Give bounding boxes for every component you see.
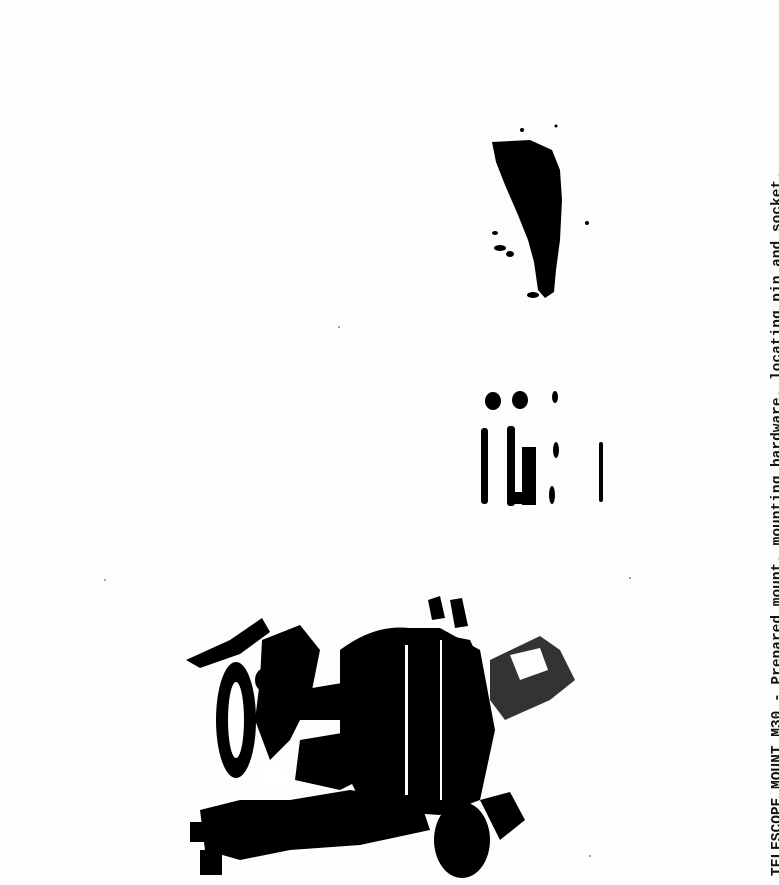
locating-pin-image [492,125,589,299]
figure-photo [0,0,779,885]
caption-line-1: TELESCOPE MOUNT M30 - Prepared mount, mo… [769,171,779,876]
mounting-hardware-image [481,391,603,506]
document-page: TELESCOPE MOUNT M30 - Prepared mount, mo… [0,0,779,885]
telescope-mount-image [186,596,575,878]
figure-caption: TELESCOPE MOUNT M30 - Prepared mount, mo… [733,171,779,876]
